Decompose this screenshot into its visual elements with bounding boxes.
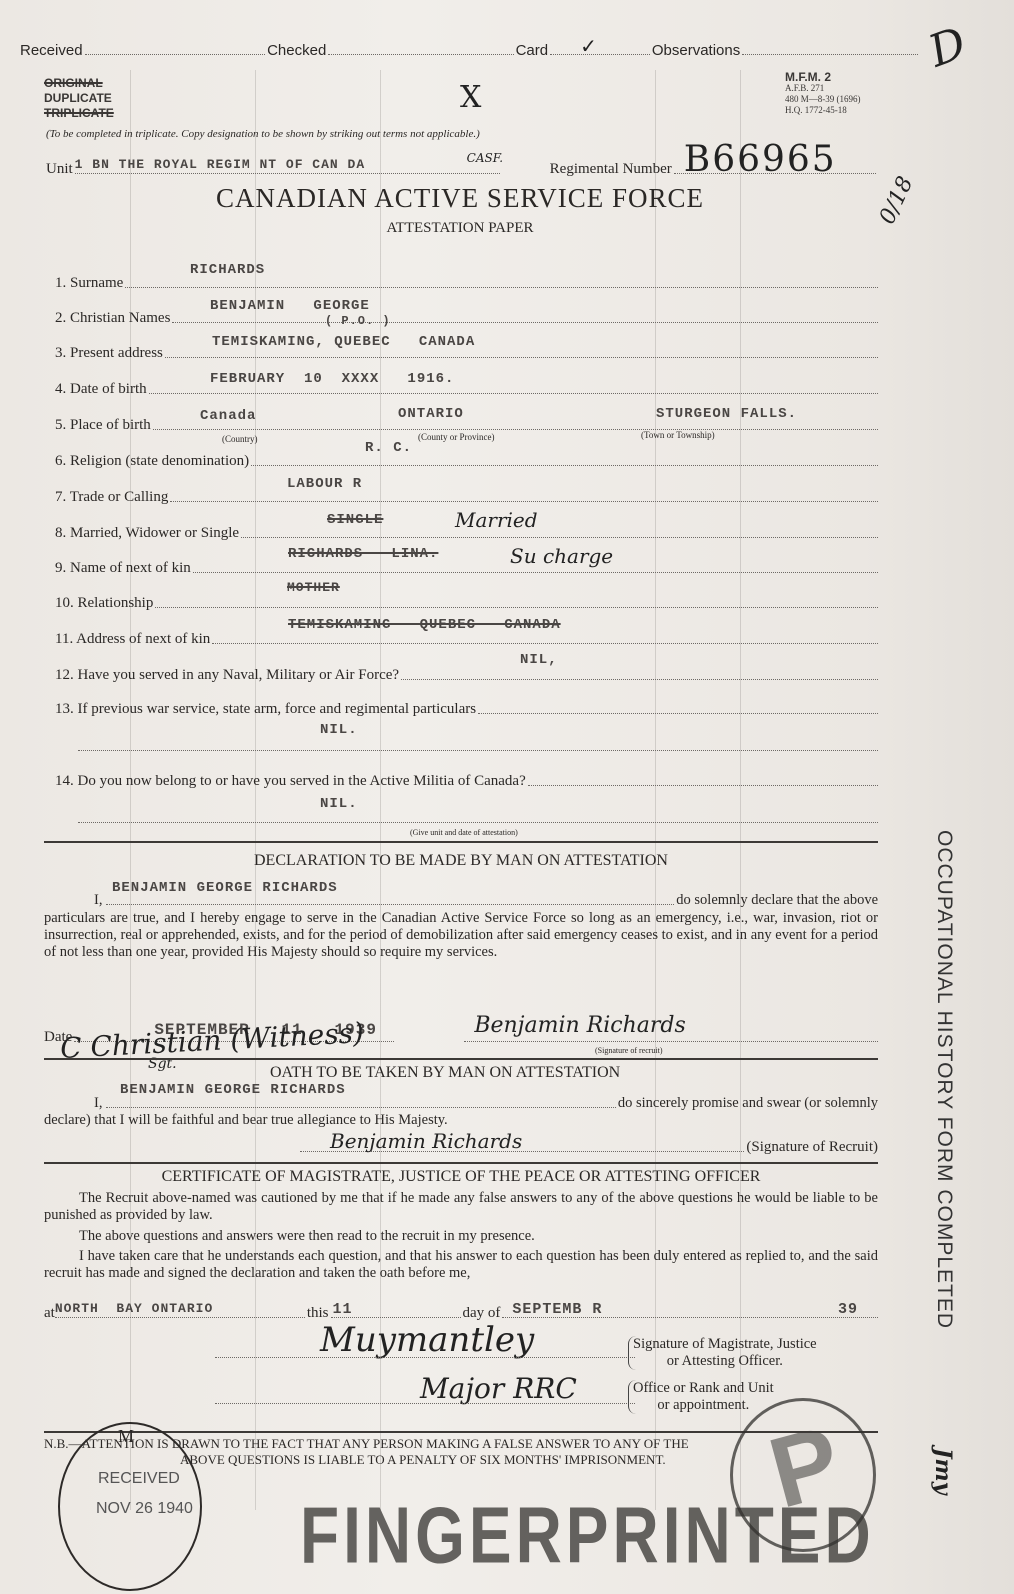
- next-of-kin-handwritten-value: Su charge: [510, 544, 613, 568]
- received-label: Received: [20, 42, 83, 59]
- certificate-para-1: The Recruit above-named was cautioned by…: [44, 1190, 878, 1224]
- regimental-number-label: Regimental Number: [550, 161, 672, 178]
- date-of-birth-value: FEBRUARY 10 XXXX 1916.: [210, 371, 454, 387]
- form-ref-2: 480 M—8-39 (1696): [785, 94, 861, 105]
- form-subtitle: ATTESTATION PAPER: [150, 220, 770, 237]
- rank-caption-block: Office or Rank and Unit or appointment.: [628, 1380, 774, 1414]
- birth-province-value: ONTARIO: [398, 406, 464, 422]
- field-label: 1. Surname: [55, 275, 123, 292]
- certificate-para-2: The above questions and answers were the…: [44, 1228, 878, 1245]
- surname-value: RICHARDS: [190, 262, 265, 278]
- copy-original: ORIGINAL: [44, 76, 114, 91]
- signature-caption-block: Signature of Magistrate, Justice or Atte…: [628, 1336, 817, 1370]
- relationship-struck-value: MOTHER: [287, 580, 340, 595]
- received-field: [85, 54, 266, 55]
- checked-label: Checked: [267, 42, 326, 59]
- recruit-signature: Benjamin Richards: [474, 1013, 685, 1038]
- day-value: 11: [333, 1301, 353, 1318]
- christian-names-extra: ( P.O. ): [325, 314, 391, 328]
- unit-label: Unit: [46, 161, 73, 178]
- day-field: 11: [331, 1317, 461, 1318]
- field-religion: 6. Religion (state denomination): [55, 448, 878, 470]
- field-trade: 7. Trade or Calling: [55, 484, 878, 506]
- regimental-number-value: B66965: [684, 139, 837, 180]
- side-handwritten-note: 0/18: [875, 173, 919, 228]
- occupational-history-initials: Jmy: [930, 1448, 956, 1494]
- form-reference: M.F.M. 2 A.F.B. 271 480 M—8-39 (1696) H.…: [785, 72, 861, 116]
- active-militia-line: [78, 822, 878, 823]
- checked-field: [328, 54, 513, 55]
- copy-designation: ORIGINAL DUPLICATE TRIPLICATE: [44, 76, 114, 121]
- present-address-value: TEMISKAMING, QUEBEC CANADA: [212, 334, 475, 350]
- form-ref-3: H.Q. 1772-45-18: [785, 105, 861, 116]
- certificate-heading: CERTIFICATE OF MAGISTRATE, JUSTICE OF TH…: [44, 1168, 878, 1186]
- card-field: ✓: [550, 54, 650, 55]
- officer-signature-line: [215, 1357, 635, 1358]
- unit-annotation: CASF.: [467, 151, 503, 165]
- observations-field: [742, 54, 918, 55]
- month-value: SEPTEMB R: [512, 1301, 602, 1318]
- field-surname: 1. Surname: [55, 270, 878, 292]
- field-active-militia: 14. Do you now belong to or have you ser…: [55, 768, 878, 790]
- recruit-signature-field: Benjamin Richards: [464, 1041, 878, 1042]
- active-militia-value: NIL.: [320, 796, 358, 812]
- marital-status-struck-value: SINGLE: [327, 512, 383, 528]
- birth-town-value: STURGEON FALLS.: [656, 406, 797, 422]
- received-stamp-date: NOV 26 1940: [96, 1500, 193, 1518]
- oath-signature-row: Benjamin Richards (Signature of Recruit): [300, 1134, 878, 1156]
- attestation-paper: Received Checked Card ✓ Observations D O…: [0, 0, 1014, 1594]
- militia-caption: (Give unit and date of attestation): [410, 828, 518, 837]
- previous-war-service-value: NIL.: [320, 722, 358, 738]
- month-year-field: SEPTEMB R 39: [502, 1317, 878, 1318]
- field-relationship: 10. Relationship: [55, 590, 878, 612]
- recruit-signature-caption: (Signature of recruit): [595, 1046, 663, 1055]
- section-divider: [44, 841, 878, 843]
- next-of-kin-struck-value: RICHARDS LINA.: [288, 546, 438, 562]
- handwritten-x-mark: X: [460, 80, 481, 115]
- unit-field: 1 BN THE ROYAL REGIM NT OF CAN DA CASF.: [75, 173, 500, 174]
- corner-handwritten-mark: D: [922, 18, 973, 78]
- field-next-of-kin: 9. Name of next of kin: [55, 555, 878, 577]
- completion-instruction: (To be completed in triplicate. Copy des…: [46, 128, 480, 140]
- form-title: CANADIAN ACTIVE SERVICE FORCE: [150, 183, 770, 214]
- field-christian-names: 2. Christian Names: [55, 305, 878, 327]
- field-date-of-birth: 4. Date of birth: [55, 376, 878, 398]
- trade-value: LABOUR R: [287, 476, 362, 492]
- oath-signature-field: Benjamin Richards: [300, 1151, 744, 1152]
- at-label: at: [44, 1305, 55, 1322]
- section-divider: [44, 1058, 878, 1060]
- received-stamp-label: RECEIVED: [98, 1470, 180, 1488]
- officer-signature: Muymantley: [320, 1320, 534, 1360]
- oath-recruit-signature: Benjamin Richards: [330, 1129, 522, 1153]
- card-label: Card: [516, 42, 549, 59]
- declaration-body: particulars are true, and I hereby engag…: [44, 910, 878, 961]
- declaration-heading: DECLARATION TO BE MADE BY MAN ON ATTESTA…: [44, 852, 878, 870]
- officer-rank-handwritten: Major RRC: [420, 1372, 577, 1405]
- place-field: NORTH BAY ONTARIO: [55, 1317, 305, 1318]
- country-caption: (Country): [222, 434, 258, 444]
- card-check-mark: ✓: [580, 34, 597, 58]
- birth-country-value: Canada: [200, 408, 256, 424]
- observations-label: Observations: [652, 42, 740, 59]
- form-ref-1: A.F.B. 271: [785, 83, 861, 94]
- occupational-history-stamp: OCCUPATIONAL HISTORY FORM COMPLETED: [932, 830, 956, 1329]
- next-of-kin-address-struck-value: TEMISKAMING QUEBEC CANADA: [288, 617, 561, 633]
- regimental-number-field: B66965: [674, 173, 876, 174]
- oath-body: declare) that I will be faithful and bea…: [44, 1112, 878, 1129]
- unit-row: Unit 1 BN THE ROYAL REGIM NT OF CAN DA C…: [46, 156, 876, 178]
- field-naval-service: 12. Have you served in any Naval, Milita…: [55, 662, 878, 684]
- previous-war-service-line: [78, 750, 878, 751]
- declaration-opening: I, do solemnly declare that the above: [44, 892, 878, 909]
- year-value: 39: [838, 1301, 858, 1318]
- officer-rank-line: [215, 1403, 635, 1404]
- oath-opening: I, do sincerely promise and swear (or so…: [44, 1095, 878, 1112]
- certificate-place-date-row: at NORTH BAY ONTARIO this 11 day of SEPT…: [44, 1300, 878, 1322]
- christian-names-value: BENJAMIN GEORGE: [210, 298, 370, 314]
- received-stamp-top: M: [118, 1426, 134, 1447]
- place-value: NORTH BAY ONTARIO: [55, 1301, 213, 1316]
- oath-heading: OATH TO BE TAKEN BY MAN ON ATTESTATION: [270, 1064, 620, 1082]
- religion-value: R. C.: [365, 440, 412, 456]
- copy-duplicate: DUPLICATE: [44, 91, 114, 106]
- section-divider: [44, 1162, 878, 1164]
- town-caption: (Town or Township): [641, 430, 715, 440]
- copy-triplicate: TRIPLICATE: [44, 106, 114, 121]
- office-use-line: Received Checked Card ✓ Observations: [20, 42, 920, 59]
- marital-status-handwritten-value: Married: [455, 508, 538, 532]
- oath-signature-caption: (Signature of Recruit): [746, 1139, 878, 1156]
- certificate-para-3: I have taken care that he understands ea…: [44, 1248, 878, 1282]
- province-caption: (County or Province): [418, 432, 495, 442]
- unit-value: 1 BN THE ROYAL REGIM NT OF CAN DA: [75, 157, 365, 172]
- field-previous-war-service: 13. If previous war service, state arm, …: [55, 696, 878, 718]
- form-code: M.F.M. 2: [785, 72, 861, 83]
